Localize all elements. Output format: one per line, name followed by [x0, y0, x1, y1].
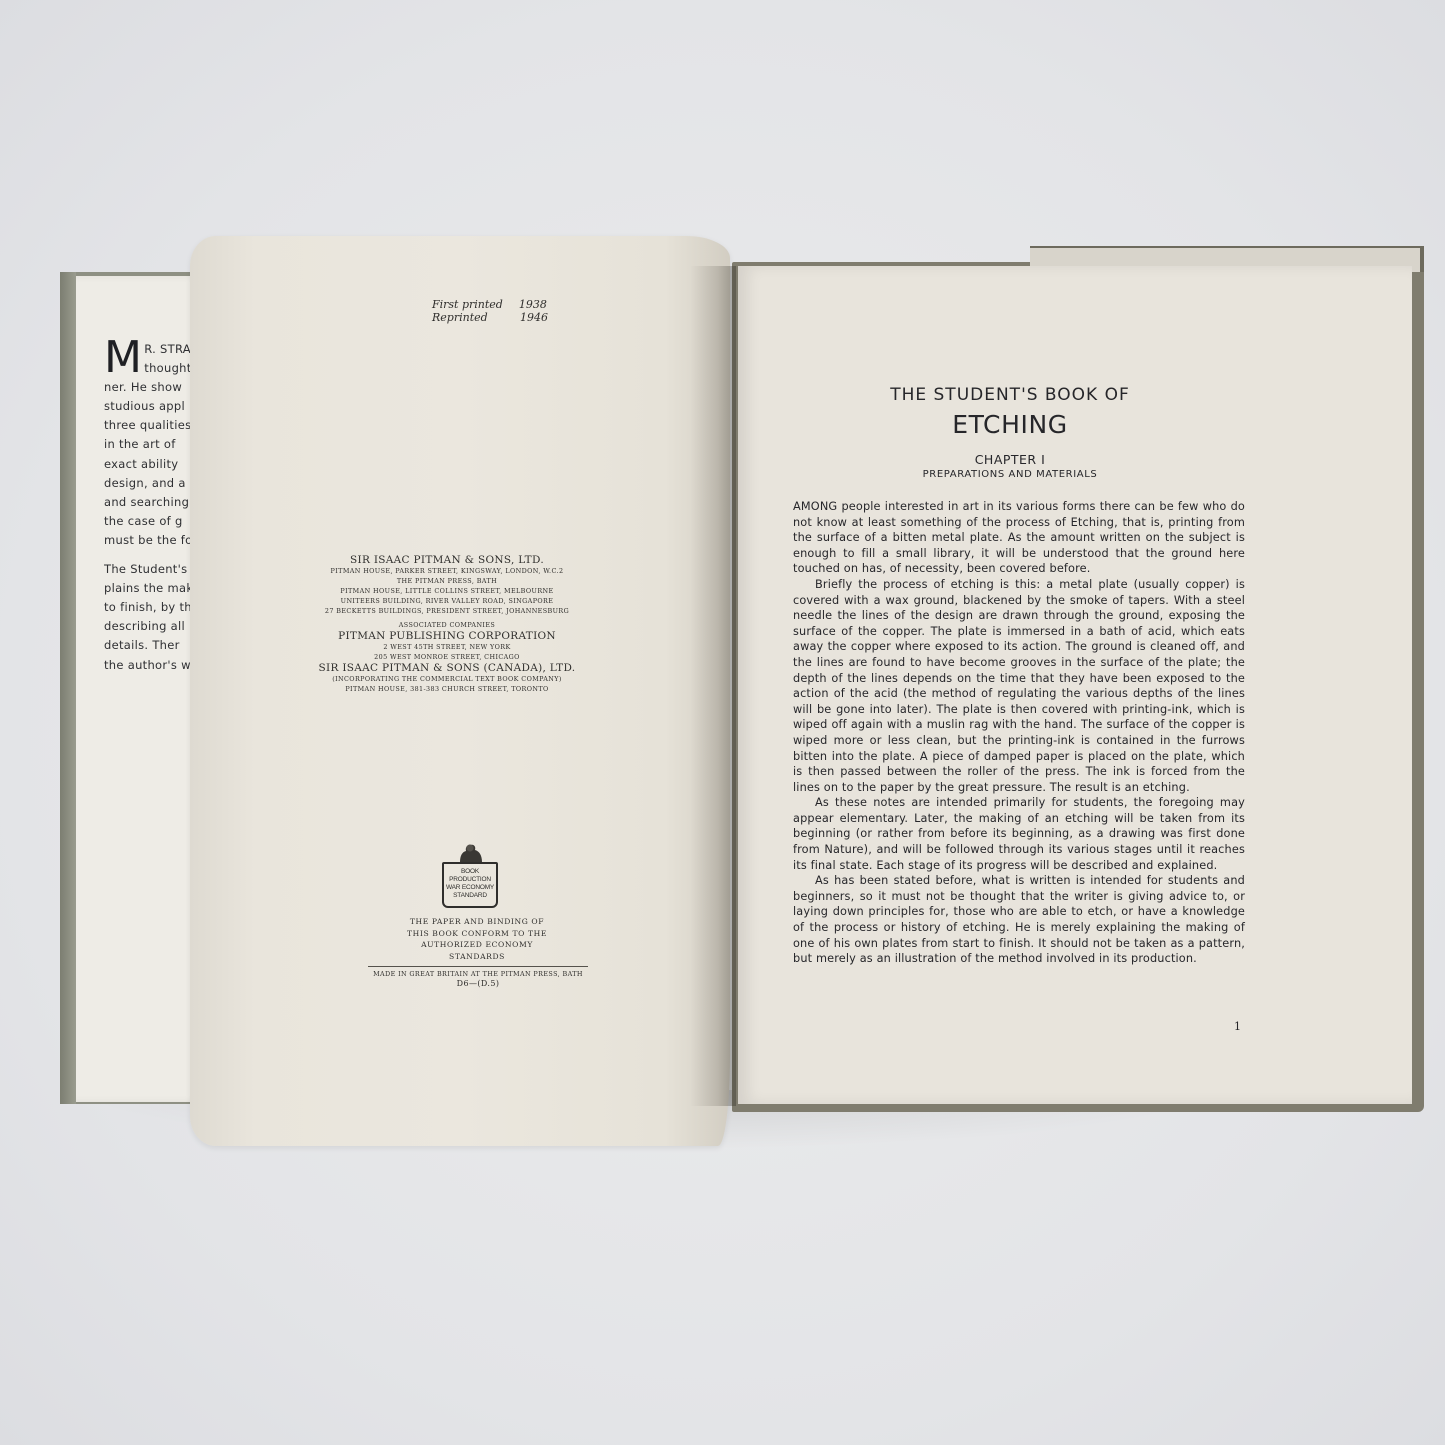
us-address: 205 WEST MONROE STREET, CHICAGO: [282, 652, 612, 662]
chapter-heading: CHAPTER I: [860, 452, 1160, 468]
publisher-address: UNITEERS BUILDING, RIVER VALLEY ROAD, SI…: [282, 596, 612, 606]
canada-address: PITMAN HOUSE, 381-383 CHURCH STREET, TOR…: [282, 684, 612, 694]
print-label: First printed: [432, 298, 503, 311]
canada-publisher-name: SIR ISAAC PITMAN & SONS (CANADA), LTD.: [282, 662, 612, 674]
emblem-text: BOOK: [444, 868, 496, 876]
emblem-book-frame: BOOK PRODUCTION WAR ECONOMY STANDARD: [442, 862, 498, 908]
printer-imprint: MADE IN GREAT BRITAIN AT THE PITMAN PRES…: [368, 970, 588, 988]
associated-companies-label: ASSOCIATED COMPANIES: [282, 620, 612, 630]
publisher-address: PITMAN HOUSE, PARKER STREET, KINGSWAY, L…: [282, 566, 612, 576]
emblem-text: PRODUCTION: [444, 876, 496, 884]
print-year: 1938: [511, 298, 547, 311]
publisher-address: THE PITMAN PRESS, BATH: [282, 576, 612, 586]
lion-icon: [456, 842, 486, 864]
chapter-body: AMONG people interested in art in its va…: [793, 499, 1245, 967]
print-history-row: Reprinted 1946: [432, 311, 548, 324]
print-history-row: First printed 1938: [432, 298, 548, 311]
publisher-address: 27 BECKETTS BUILDINGS, PRESIDENT STREET,…: [282, 606, 612, 616]
page-number: 1: [1234, 1020, 1241, 1033]
drop-cap: M: [104, 340, 142, 376]
print-year: 1946: [512, 311, 548, 324]
publisher-name: SIR ISAAC PITMAN & SONS, LTD.: [282, 554, 612, 566]
us-address: 2 WEST 45TH STREET, NEW YORK: [282, 642, 612, 652]
made-in-text: MADE IN GREAT BRITAIN AT THE PITMAN PRES…: [368, 970, 588, 979]
notice-line: THIS BOOK CONFORM TO THE: [392, 928, 562, 940]
chapter-title: PREPARATIONS AND MATERIALS: [860, 468, 1160, 482]
publisher-block: SIR ISAAC PITMAN & SONS, LTD. PITMAN HOU…: [282, 554, 612, 694]
canada-address: (INCORPORATING THE COMMERCIAL TEXT BOOK …: [282, 674, 612, 684]
body-paragraph: AMONG people interested in art in its va…: [793, 499, 1245, 577]
emblem-text: WAR ECONOMY: [444, 884, 496, 892]
book-title-line1: THE STUDENT'S BOOK OF: [860, 384, 1160, 406]
economy-standards-notice: THE PAPER AND BINDING OF THIS BOOK CONFO…: [392, 916, 562, 962]
notice-line: THE PAPER AND BINDING OF: [392, 916, 562, 928]
photo-background: M R. STRA thoughtfu ner. He show studiou…: [0, 0, 1445, 1445]
cover-edge: [60, 272, 76, 1104]
body-paragraph: As these notes are intended primarily fo…: [793, 795, 1245, 873]
print-label: Reprinted: [432, 311, 504, 324]
emblem-text: STANDARD: [444, 892, 496, 900]
book-title-block: THE STUDENT'S BOOK OF ETCHING CHAPTER I …: [860, 384, 1160, 482]
body-paragraph: As has been stated before, what is writt…: [793, 873, 1245, 967]
edition-code: D6—(D.5): [368, 979, 588, 988]
war-economy-emblem: BOOK PRODUCTION WAR ECONOMY STANDARD: [442, 840, 500, 910]
print-history: First printed 1938 Reprinted 1946: [432, 298, 548, 324]
notice-line: AUTHORIZED ECONOMY STANDARDS: [392, 939, 562, 962]
us-publisher-name: PITMAN PUBLISHING CORPORATION: [282, 630, 612, 642]
publisher-address: PITMAN HOUSE, LITTLE COLLINS STREET, MEL…: [282, 586, 612, 596]
book-title-line2: ETCHING: [860, 410, 1160, 440]
book-gutter: [690, 266, 736, 1106]
divider-rule: [368, 966, 588, 967]
body-paragraph: Briefly the process of etching is this: …: [793, 577, 1245, 795]
